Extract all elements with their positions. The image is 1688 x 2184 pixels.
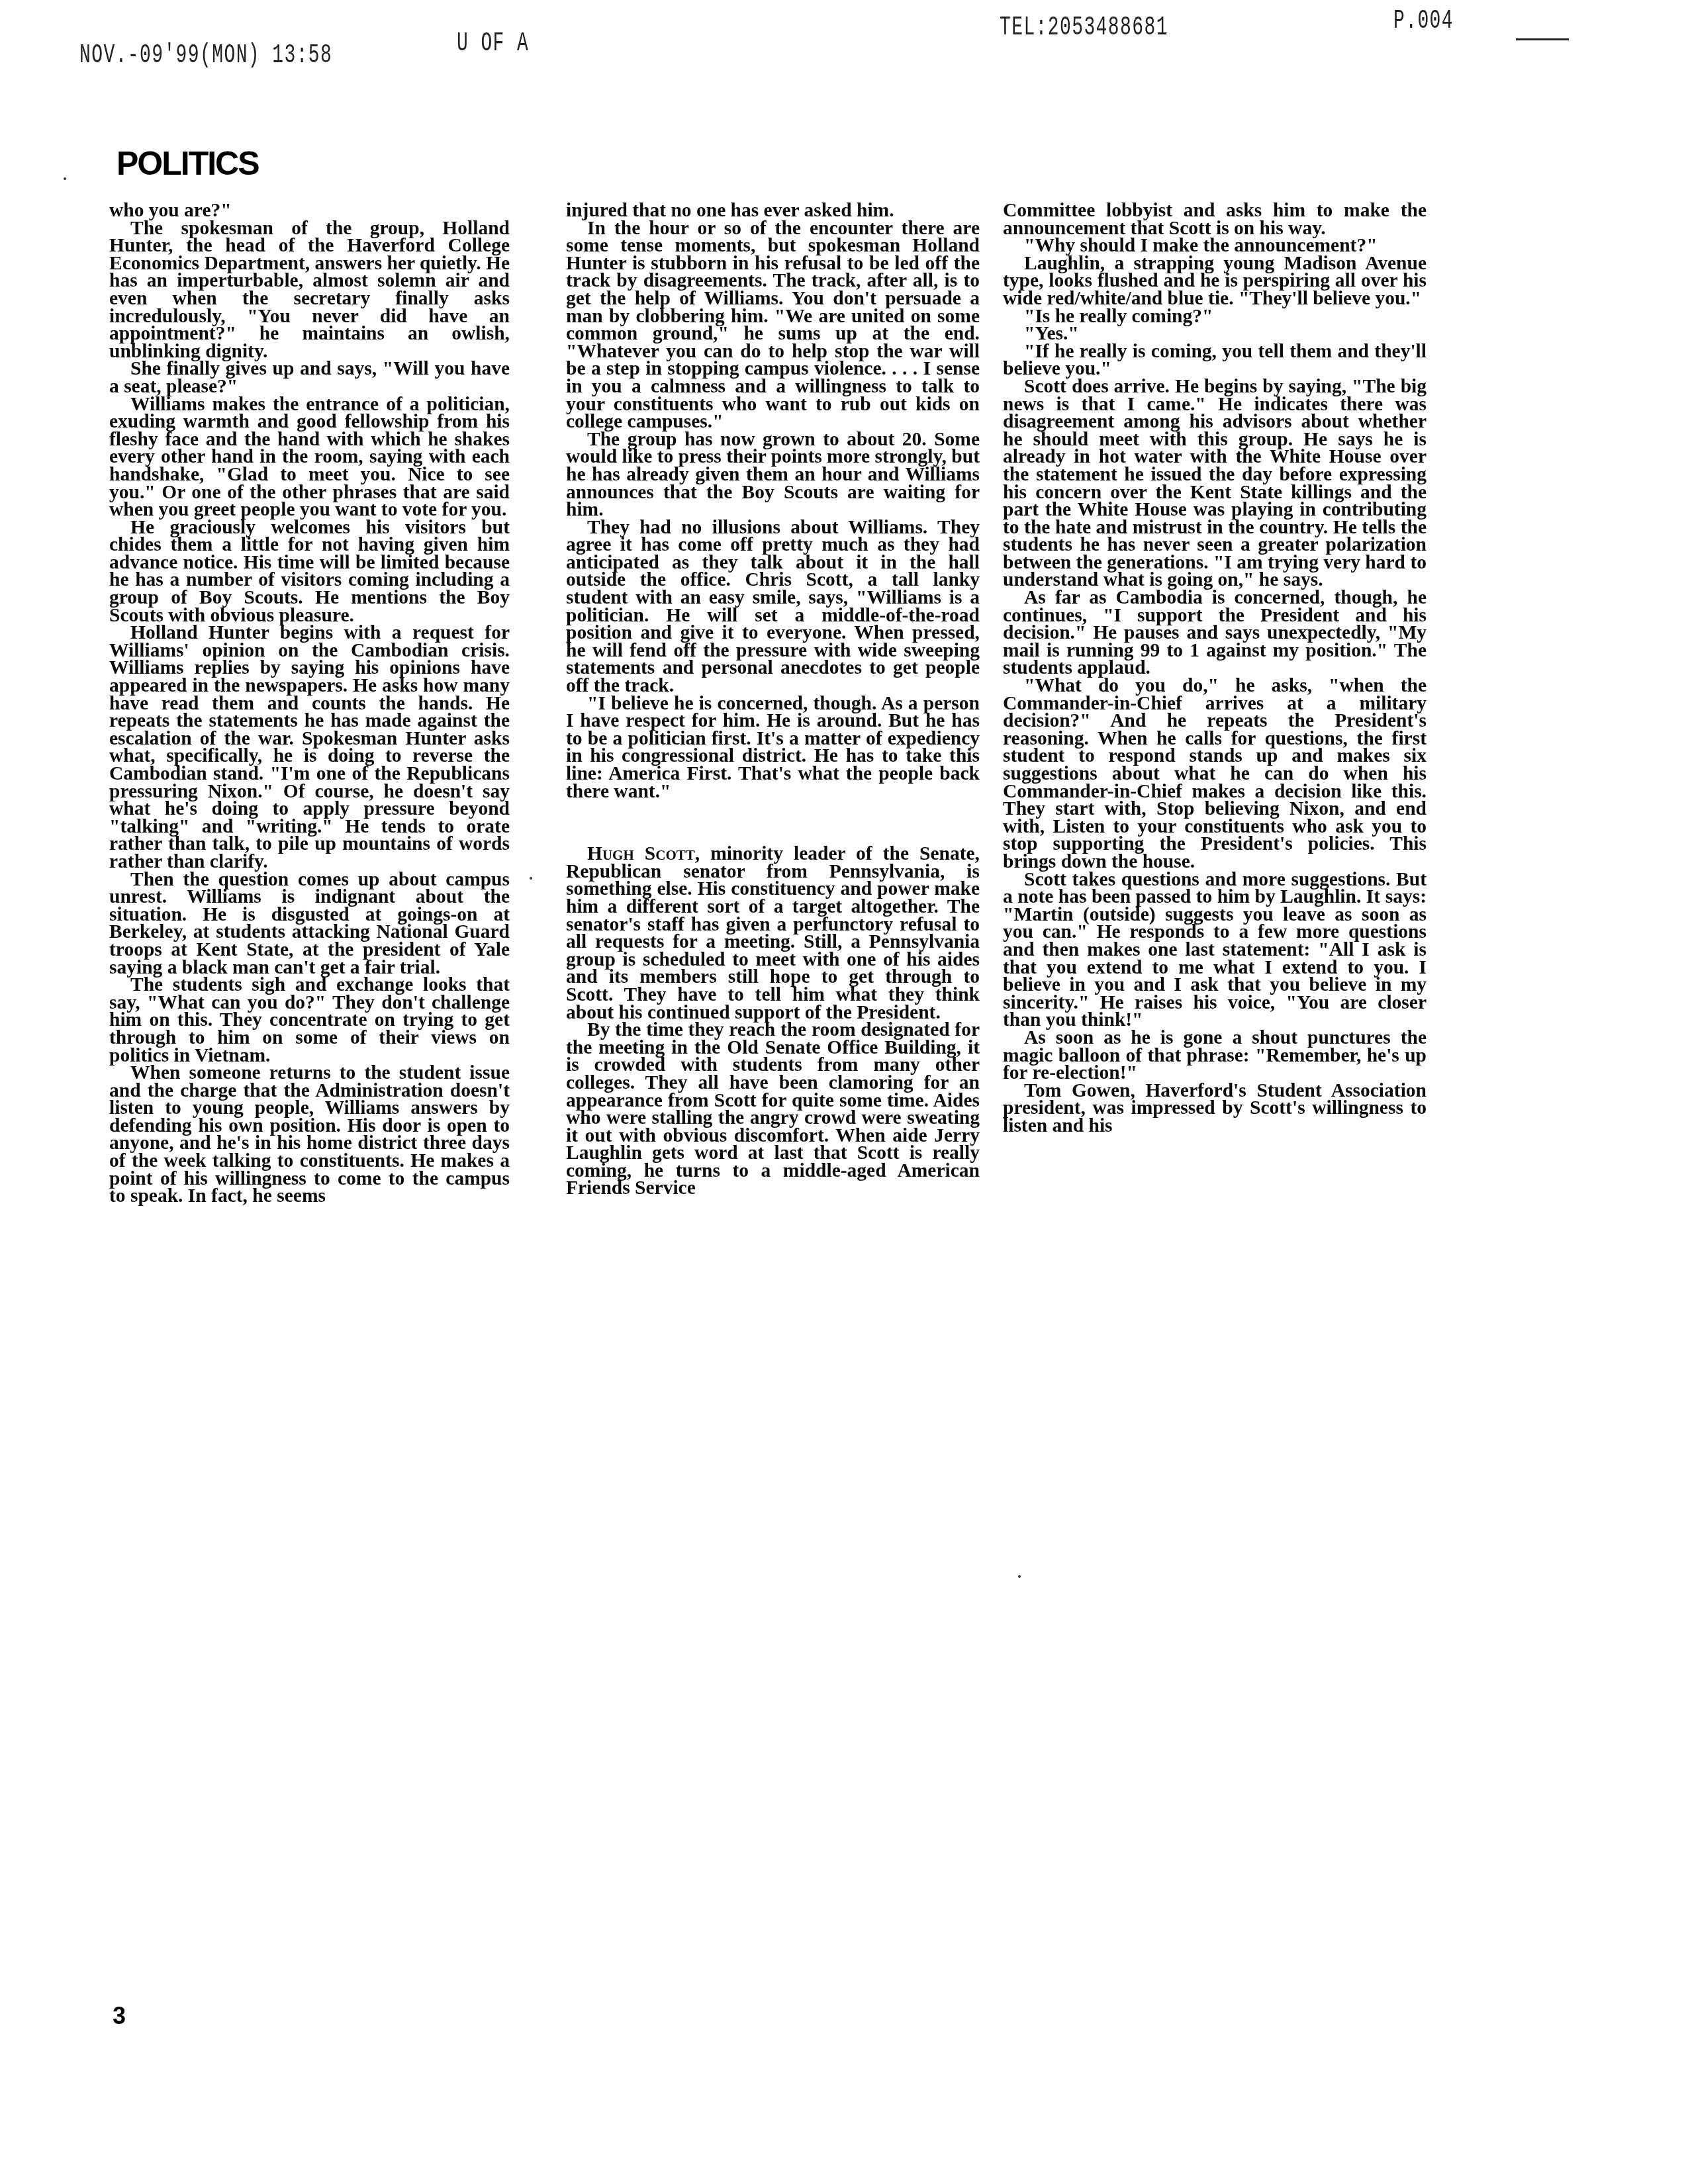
- article-column-2: injured that no one has ever asked him.I…: [566, 202, 980, 1197]
- article-paragraph: Scott takes questions and more suggestio…: [1003, 871, 1427, 1029]
- article-paragraph: She finally gives up and says, "Will you…: [109, 360, 510, 395]
- paragraph-text: Williams makes the entrance of a politic…: [109, 394, 510, 521]
- article-paragraph: Then the question comes up about campus …: [109, 871, 510, 977]
- article-paragraph: "Why should I make the announcement?": [1003, 237, 1427, 255]
- article-paragraph: Holland Hunter begins with a request for…: [109, 624, 510, 870]
- article-paragraph: "Is he really coming?": [1003, 308, 1427, 326]
- article-paragraph: He graciously welcomes his visitors but …: [109, 519, 510, 625]
- article-column-3: Committee lobbyist and asks him to make …: [1003, 202, 1427, 1134]
- fax-telephone: TEL:2053488681: [1000, 13, 1168, 43]
- paragraph-text: By the time they reach the room designat…: [566, 1019, 980, 1199]
- section-title: POLITICS: [117, 144, 259, 183]
- paragraph-text: He graciously welcomes his visitors but …: [109, 517, 510, 626]
- page-number: 3: [113, 2002, 126, 2030]
- article-paragraph: "I believe he is concerned, though. As a…: [566, 695, 980, 801]
- paragraph-text: Scott takes questions and more suggestio…: [1003, 869, 1427, 1031]
- article-paragraph: Hugh Scott, minority leader of the Senat…: [566, 845, 980, 1021]
- paragraph-text: "What do you do," he asks, "when the Com…: [1003, 675, 1427, 872]
- paragraph-text: Committee lobbyist and asks him to make …: [1003, 200, 1427, 239]
- paragraph-text: She finally gives up and says, "Will you…: [109, 358, 510, 397]
- article-paragraph: Williams makes the entrance of a politic…: [109, 396, 510, 519]
- article-paragraph: When someone returns to the student issu…: [109, 1064, 510, 1205]
- article-paragraph: Committee lobbyist and asks him to make …: [1003, 202, 1427, 237]
- paragraph-text: The spokesman of the group, Holland Hunt…: [109, 218, 510, 362]
- paragraph-text: The group has now grown to about 20. Som…: [566, 429, 980, 520]
- paragraph-text: The students sigh and exchange looks tha…: [109, 974, 510, 1066]
- article-paragraph: "If he really is coming, you tell them a…: [1003, 343, 1427, 378]
- fax-header-rule: [1516, 38, 1569, 40]
- scan-speck: [64, 177, 66, 180]
- fax-sender: U OF A: [457, 29, 529, 59]
- article-paragraph: By the time they reach the room designat…: [566, 1021, 980, 1197]
- article-paragraph: The students sigh and exchange looks tha…: [109, 976, 510, 1064]
- article-paragraph: Tom Gowen, Haverford's Student Associati…: [1003, 1082, 1427, 1135]
- article-paragraph: In the hour or so of the encounter there…: [566, 220, 980, 431]
- paragraph-text: They had no illusions about Williams. Th…: [566, 517, 980, 696]
- scan-speck: [1018, 1575, 1021, 1578]
- fax-page-number: P.004: [1393, 7, 1454, 36]
- paragraph-text: Tom Gowen, Haverford's Student Associati…: [1003, 1080, 1427, 1136]
- paragraph-text: Then the question comes up about campus …: [109, 869, 510, 978]
- paragraph-text: minority leader of the Senate, Republica…: [566, 843, 980, 1023]
- article-paragraph: They had no illusions about Williams. Th…: [566, 519, 980, 695]
- article-paragraph: The group has now grown to about 20. Som…: [566, 431, 980, 519]
- paragraph-text: "I believe he is concerned, though. As a…: [566, 693, 980, 802]
- paragraph-text: As far as Cambodia is concerned, though,…: [1003, 587, 1427, 678]
- article-column-1: who you are?"The spokesman of the group,…: [109, 202, 510, 1205]
- paragraph-text: When someone returns to the student issu…: [109, 1062, 510, 1206]
- article-paragraph: The spokesman of the group, Holland Hunt…: [109, 220, 510, 361]
- fax-date-time: NOV.-09'99(MON) 13:58: [79, 41, 332, 71]
- paragraph-text: In the hour or so of the encounter there…: [566, 218, 980, 433]
- article-paragraph: As soon as he is gone a shout punctures …: [1003, 1029, 1427, 1082]
- article-paragraph: "What do you do," he asks, "when the Com…: [1003, 677, 1427, 871]
- article-paragraph: "Yes.": [1003, 325, 1427, 343]
- article-paragraph: As far as Cambodia is concerned, though,…: [1003, 589, 1427, 677]
- paragraph-text: "If he really is coming, you tell them a…: [1003, 341, 1427, 380]
- article-paragraph: injured that no one has ever asked him.: [566, 202, 980, 220]
- article-paragraph: who you are?": [109, 202, 510, 220]
- paragraph-text: As soon as he is gone a shout punctures …: [1003, 1027, 1427, 1083]
- paragraph-text: Holland Hunter begins with a request for…: [109, 622, 510, 872]
- scan-speck: [530, 877, 532, 880]
- article-paragraph: Scott does arrive. He begins by saying, …: [1003, 378, 1427, 589]
- paragraph-text: Scott does arrive. He begins by saying, …: [1003, 376, 1427, 591]
- paragraph-text: Laughlin, a strapping young Madison Aven…: [1003, 253, 1427, 309]
- fax-header: NOV.-09'99(MON) 13:58 U OF A TEL:2053488…: [0, 0, 1688, 79]
- article-paragraph: Laughlin, a strapping young Madison Aven…: [1003, 255, 1427, 308]
